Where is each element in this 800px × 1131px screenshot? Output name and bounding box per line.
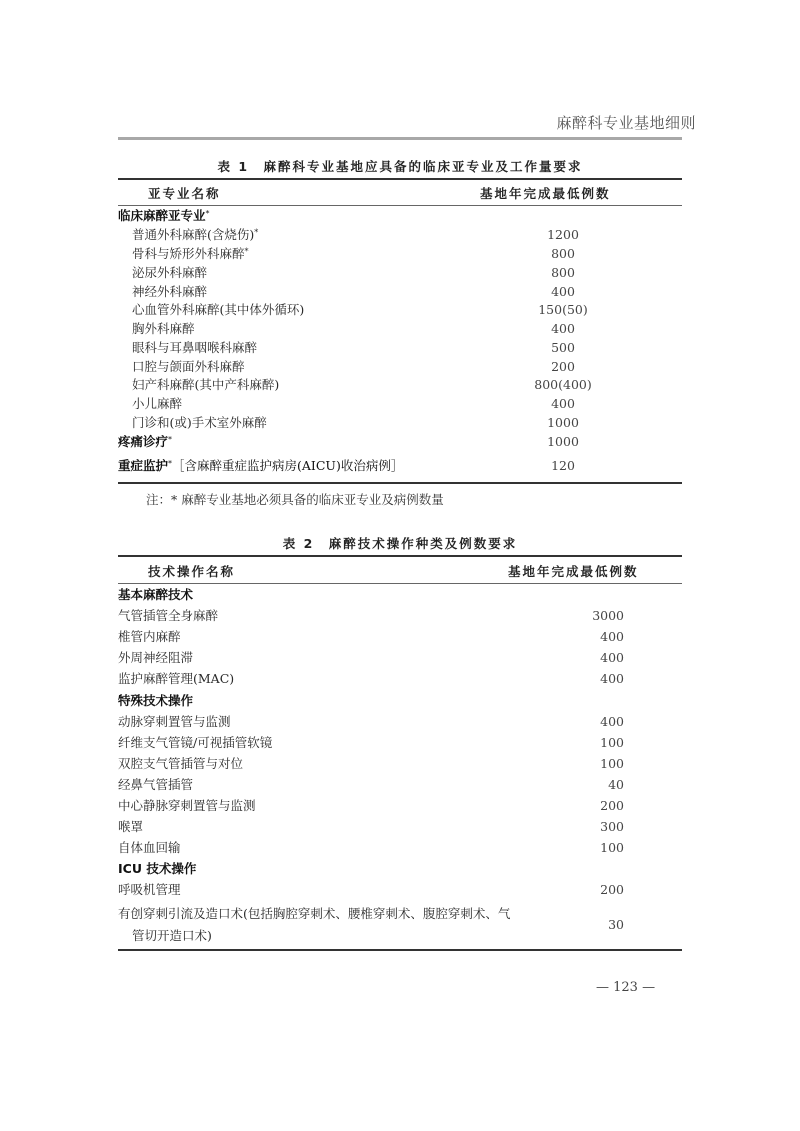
page-number: — 123 — xyxy=(596,980,655,995)
row-name: 普通外科麻醉(含烧伤)* xyxy=(132,225,258,244)
category-row: ICU 技术操作 xyxy=(118,859,682,878)
table-row: 监护麻醉管理(MAC)400 xyxy=(118,669,682,688)
row-value: 400 xyxy=(600,669,624,688)
row-name-text: 小儿麻醉 xyxy=(132,396,182,411)
row-name: 心血管外科麻醉(其中体外循环) xyxy=(132,300,304,319)
table2-bottom-rule xyxy=(118,949,682,951)
table-row: 临床麻醉亚专业* xyxy=(118,206,682,225)
row-name: 双腔支气管插管与对位 xyxy=(118,754,243,773)
row-name-text: 疼痛诊疗 xyxy=(118,434,168,449)
row-value: 1200 xyxy=(518,225,608,244)
row-value: 100 xyxy=(600,754,624,773)
table-row: 重症监护*［含麻醉重症监护病房(AICU)收治病例］120 xyxy=(118,456,682,475)
table-row: 动脉穿刺置管与监测400 xyxy=(118,712,682,731)
last-row-line2: 管切开造口术) xyxy=(118,925,682,947)
row-value: 120 xyxy=(518,456,608,475)
footnote-star: * xyxy=(254,228,258,237)
row-name: 泌尿外科麻醉 xyxy=(132,263,207,282)
table1-col-count-header: 基地年完成最低例数 xyxy=(480,184,611,202)
row-value: 150(50) xyxy=(518,300,608,319)
row-name: 门诊和(或)手术室外麻醉 xyxy=(132,413,267,432)
table2-header-rule xyxy=(118,583,682,584)
row-value: 400 xyxy=(600,627,624,646)
row-name-text: 神经外科麻醉 xyxy=(132,284,207,299)
row-name: 疼痛诊疗* xyxy=(118,432,172,451)
row-name-text: 重症监护 xyxy=(118,458,168,473)
table-row: 门诊和(或)手术室外麻醉1000 xyxy=(118,413,682,432)
row-value: 3000 xyxy=(592,606,624,625)
running-head: 麻醉科专业基地细则 xyxy=(556,112,696,133)
row-value: 300 xyxy=(600,817,624,836)
footnote-star: * xyxy=(245,247,249,256)
row-name: 小儿麻醉 xyxy=(132,394,182,413)
row-name: 椎管内麻醉 xyxy=(118,627,181,646)
row-name: 喉罩 xyxy=(118,817,143,836)
row-name: ICU 技术操作 xyxy=(118,859,196,878)
table2-caption: 表 2 麻醉技术操作种类及例数要求 xyxy=(118,534,682,552)
row-value: 1000 xyxy=(518,413,608,432)
table-row: 小儿麻醉400 xyxy=(118,394,682,413)
category-row: 特殊技术操作 xyxy=(118,691,682,710)
table-row: 神经外科麻醉400 xyxy=(118,282,682,301)
table2-top-rule xyxy=(118,555,682,557)
footnote-star: * xyxy=(168,435,172,444)
table-row: 眼科与耳鼻咽喉科麻醉500 xyxy=(118,338,682,357)
table2-col-count-header: 基地年完成最低例数 xyxy=(508,562,639,580)
row-value: 400 xyxy=(600,712,624,731)
row-value: 200 xyxy=(518,357,608,376)
table1-note: 注：* 麻醉专业基地必须具备的临床亚专业及病例数量 xyxy=(146,490,444,508)
row-name-text: 心血管外科麻醉(其中体外循环) xyxy=(132,302,304,317)
row-value: 500 xyxy=(518,338,608,357)
row-name: 自体血回输 xyxy=(118,838,181,857)
row-name: 骨科与矫形外科麻醉* xyxy=(132,244,249,263)
table-row: 中心静脉穿刺置管与监测200 xyxy=(118,796,682,815)
footnote-star: * xyxy=(206,209,210,218)
table-row: 普通外科麻醉(含烧伤)*1200 xyxy=(118,225,682,244)
row-name: 口腔与颌面外科麻醉 xyxy=(132,357,245,376)
row-value: 100 xyxy=(600,733,624,752)
table-row: 呼吸机管理200 xyxy=(118,880,682,899)
table2-col-name-header: 技术操作名称 xyxy=(148,562,235,580)
row-name: 纤维支气管镜/可视插管软镜 xyxy=(118,733,272,752)
row-value: 400 xyxy=(518,319,608,338)
table-row: 椎管内麻醉400 xyxy=(118,627,682,646)
row-name: 神经外科麻醉 xyxy=(132,282,207,301)
row-name-text: 普通外科麻醉(含烧伤) xyxy=(132,227,254,242)
row-name: 经鼻气管插管 xyxy=(118,775,193,794)
table-row: 胸外科麻醉400 xyxy=(118,319,682,338)
table-row: 疼痛诊疗*1000 xyxy=(118,432,682,451)
row-value: 800 xyxy=(518,244,608,263)
table-row: 自体血回输100 xyxy=(118,838,682,857)
row-value: 200 xyxy=(600,796,624,815)
table-row: 纤维支气管镜/可视插管软镜100 xyxy=(118,733,682,752)
row-name: 气管插管全身麻醉 xyxy=(118,606,218,625)
row-value: 400 xyxy=(518,394,608,413)
row-name-text: 口腔与颌面外科麻醉 xyxy=(132,359,245,374)
table-row: 心血管外科麻醉(其中体外循环)150(50) xyxy=(118,300,682,319)
table-row: 口腔与颌面外科麻醉200 xyxy=(118,357,682,376)
row-name-text: 妇产科麻醉(其中产科麻醉) xyxy=(132,377,279,392)
table1-col-name-header: 亚专业名称 xyxy=(148,184,221,202)
row-name-text: 临床麻醉亚专业 xyxy=(118,208,206,223)
category-row: 基本麻醉技术 xyxy=(118,585,682,604)
row-name: 特殊技术操作 xyxy=(118,691,193,710)
row-name: 眼科与耳鼻咽喉科麻醉 xyxy=(132,338,257,357)
row-name-text: 胸外科麻醉 xyxy=(132,321,195,336)
row-name: 重症监护*［含麻醉重症监护病房(AICU)收治病例］ xyxy=(118,456,403,475)
row-name: 胸外科麻醉 xyxy=(132,319,195,338)
footnote-star: * xyxy=(168,459,172,468)
table-row: 妇产科麻醉(其中产科麻醉)800(400) xyxy=(118,375,682,394)
table2-last-row: 有创穿刺引流及造口术(包括胸腔穿刺术、腰椎穿刺术、腹腔穿刺术、气 管切开造口术)… xyxy=(118,903,682,947)
row-name: 动脉穿刺置管与监测 xyxy=(118,712,231,731)
row-value: 800 xyxy=(518,263,608,282)
table1-caption: 表 1 麻醉科专业基地应具备的临床亚专业及工作量要求 xyxy=(118,157,682,175)
header-rule xyxy=(118,137,682,140)
table-row: 喉罩300 xyxy=(118,817,682,836)
row-name: 中心静脉穿刺置管与监测 xyxy=(118,796,256,815)
row-value: 400 xyxy=(600,648,624,667)
table-row: 外周神经阻滞400 xyxy=(118,648,682,667)
table-row: 泌尿外科麻醉800 xyxy=(118,263,682,282)
row-name-suffix: ［含麻醉重症监护病房(AICU)收治病例］ xyxy=(172,458,403,473)
table-row: 双腔支气管插管与对位100 xyxy=(118,754,682,773)
table1-top-rule xyxy=(118,178,682,180)
table-row: 骨科与矫形外科麻醉*800 xyxy=(118,244,682,263)
row-name-text: 眼科与耳鼻咽喉科麻醉 xyxy=(132,340,257,355)
table-row: 气管插管全身麻醉3000 xyxy=(118,606,682,625)
row-value: 800(400) xyxy=(518,375,608,394)
row-value: 1000 xyxy=(518,432,608,451)
row-name: 监护麻醉管理(MAC) xyxy=(118,669,234,688)
row-name: 呼吸机管理 xyxy=(118,880,181,899)
last-row-value: 30 xyxy=(608,914,624,936)
row-name: 基本麻醉技术 xyxy=(118,585,193,604)
table-row: 经鼻气管插管40 xyxy=(118,775,682,794)
row-name-text: 骨科与矫形外科麻醉 xyxy=(132,246,245,261)
row-name: 临床麻醉亚专业* xyxy=(118,206,210,225)
row-name: 外周神经阻滞 xyxy=(118,648,193,667)
row-name: 妇产科麻醉(其中产科麻醉) xyxy=(132,375,279,394)
row-name-text: 门诊和(或)手术室外麻醉 xyxy=(132,415,267,430)
row-value: 100 xyxy=(600,838,624,857)
row-value: 40 xyxy=(608,775,624,794)
last-row-line1: 有创穿刺引流及造口术(包括胸腔穿刺术、腰椎穿刺术、腹腔穿刺术、气 xyxy=(118,903,682,925)
table1-bottom-rule xyxy=(118,482,682,484)
row-name-text: 泌尿外科麻醉 xyxy=(132,265,207,280)
row-value: 200 xyxy=(600,880,624,899)
row-value: 400 xyxy=(518,282,608,301)
